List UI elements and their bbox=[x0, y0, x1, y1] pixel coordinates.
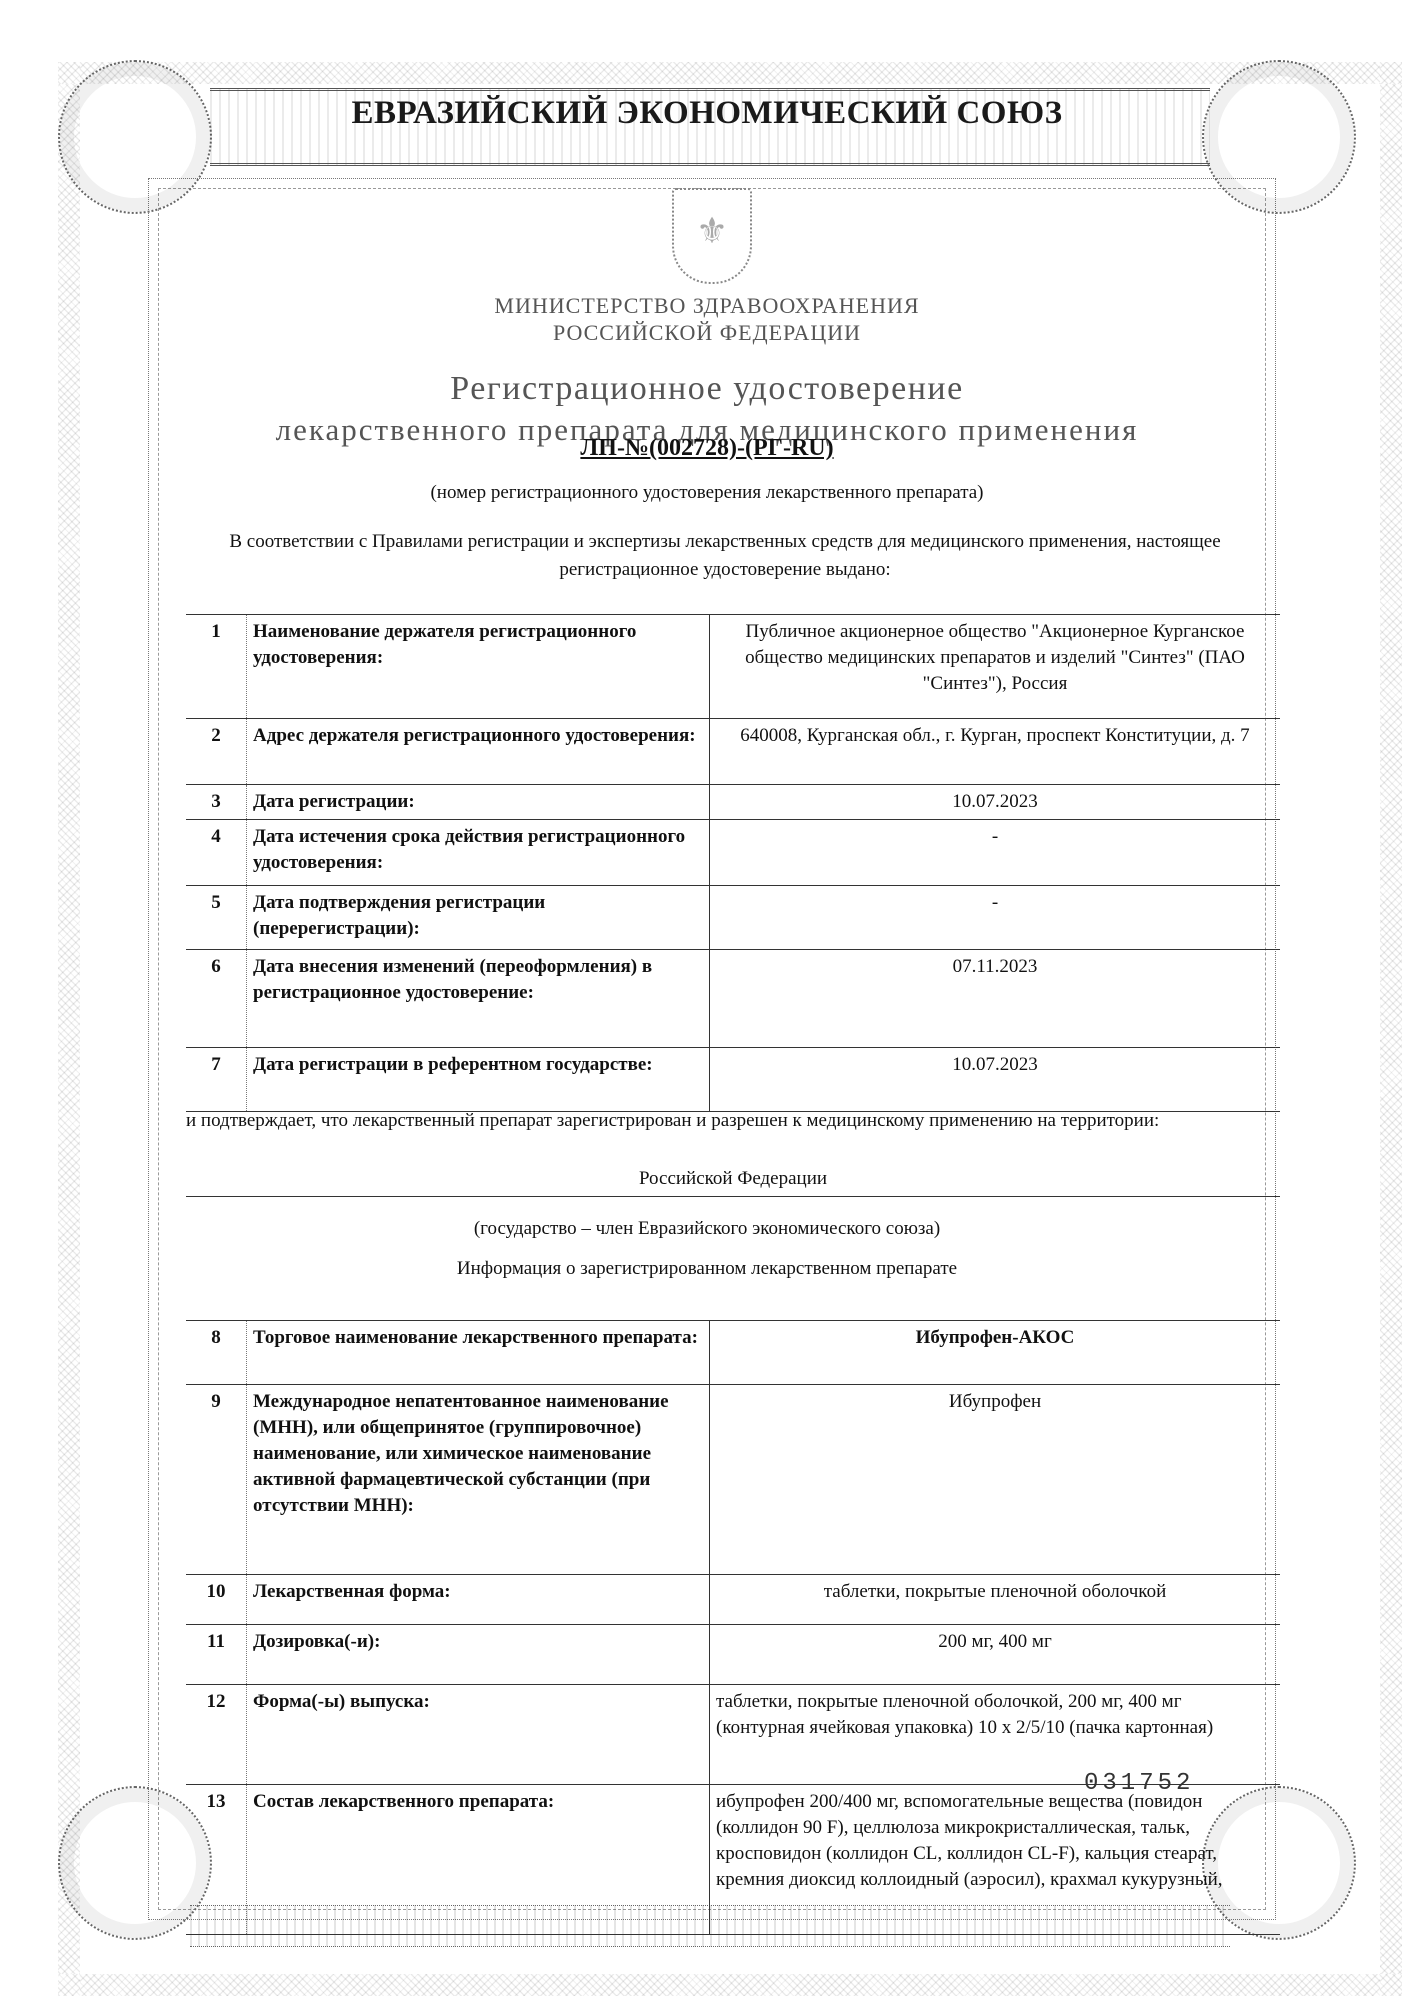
row-value: 10.07.2023 bbox=[710, 1048, 1281, 1112]
product-info-table: 8Торговое наименование лекарственного пр… bbox=[186, 1320, 1280, 1935]
table-row: 9Международное непатентованное наименова… bbox=[186, 1385, 1280, 1575]
row-number: 13 bbox=[186, 1785, 247, 1935]
table-row: 5Дата подтверждения регистрации (перерег… bbox=[186, 886, 1280, 950]
table-row: 7Дата регистрации в референтном государс… bbox=[186, 1048, 1280, 1112]
row-label: Дата подтверждения регистрации (перереги… bbox=[247, 886, 710, 950]
table-row: 8Торговое наименование лекарственного пр… bbox=[186, 1321, 1280, 1385]
row-value: Публичное акционерное общество "Акционер… bbox=[710, 615, 1281, 719]
territory-name: Российской Федерации bbox=[186, 1168, 1280, 1197]
table-row: 13Состав лекарственного препарата:ибупро… bbox=[186, 1785, 1280, 1935]
row-value: ибупрофен 200/400 мг, вспомогательные ве… bbox=[710, 1785, 1281, 1935]
table-row: 3Дата регистрации:10.07.2023 bbox=[186, 785, 1280, 820]
row-value: - bbox=[710, 886, 1281, 950]
confirmation-text: и подтверждает, что лекарственный препар… bbox=[186, 1108, 1280, 1134]
row-number: 3 bbox=[186, 785, 247, 820]
row-label: Дозировка(-и): bbox=[247, 1625, 710, 1685]
row-number: 10 bbox=[186, 1575, 247, 1625]
certificate-number-text: ЛП-№(002728)-(РГ-RU) bbox=[580, 435, 833, 461]
serial-number-stamp: 031752 bbox=[1084, 1770, 1194, 1797]
row-number: 6 bbox=[186, 950, 247, 1048]
row-value: 640008, Курганская обл., г. Курган, прос… bbox=[710, 719, 1281, 785]
row-value: - bbox=[710, 820, 1281, 886]
row-number: 5 bbox=[186, 886, 247, 950]
row-number: 11 bbox=[186, 1625, 247, 1685]
row-value: Ибупрофен bbox=[710, 1385, 1281, 1575]
row-label: Состав лекарственного препарата: bbox=[247, 1785, 710, 1935]
row-label: Дата регистрации: bbox=[247, 785, 710, 820]
certificate-number: ЛП-№(002728)-(РГ-RU) bbox=[0, 435, 1414, 462]
row-label: Дата истечения срока действия регистраци… bbox=[247, 820, 710, 886]
row-label: Лекарственная форма: bbox=[247, 1575, 710, 1625]
row-label: Адрес держателя регистрационного удостов… bbox=[247, 719, 710, 785]
row-number: 9 bbox=[186, 1385, 247, 1575]
row-label: Дата внесения изменений (переоформления)… bbox=[247, 950, 710, 1048]
row-value: таблетки, покрытые пленочной оболочкой, … bbox=[710, 1685, 1281, 1785]
row-label: Дата регистрации в референтном государст… bbox=[247, 1048, 710, 1112]
table-row: 10Лекарственная форма:таблетки, покрытые… bbox=[186, 1575, 1280, 1625]
corner-rosette-icon bbox=[1202, 60, 1356, 214]
ministry-name-line2: РОССИЙСКОЙ ФЕДЕРАЦИИ bbox=[0, 320, 1414, 346]
certificate-number-caption: (номер регистрационного удостоверения ле… bbox=[0, 482, 1414, 504]
row-number: 4 bbox=[186, 820, 247, 886]
row-number: 2 bbox=[186, 719, 247, 785]
territory-caption: (государство – член Евразийского экономи… bbox=[0, 1218, 1414, 1240]
product-info-caption: Информация о зарегистрированном лекарств… bbox=[0, 1258, 1414, 1280]
corner-rosette-icon bbox=[58, 60, 212, 214]
table-row: 1Наименование держателя регистрационного… bbox=[186, 615, 1280, 719]
row-number: 12 bbox=[186, 1685, 247, 1785]
row-value: Ибупрофен-АКОС bbox=[710, 1321, 1281, 1385]
table-row: 2Адрес держателя регистрационного удосто… bbox=[186, 719, 1280, 785]
coat-of-arms-icon: ⚜ bbox=[672, 188, 752, 284]
row-label: Форма(-ы) выпуска: bbox=[247, 1685, 710, 1785]
ministry-name-line1: МИНИСТЕРСТВО ЗДРАВООХРАНЕНИЯ bbox=[0, 293, 1414, 319]
row-value: 07.11.2023 bbox=[710, 950, 1281, 1048]
row-value: таблетки, покрытые пленочной оболочкой bbox=[710, 1575, 1281, 1625]
row-label: Наименование держателя регистрационного … bbox=[247, 615, 710, 719]
certificate-title: Регистрационное удостоверение bbox=[0, 370, 1414, 408]
row-number: 1 bbox=[186, 615, 247, 719]
eagle-icon: ⚜ bbox=[674, 210, 750, 252]
row-value: 10.07.2023 bbox=[710, 785, 1281, 820]
row-number: 7 bbox=[186, 1048, 247, 1112]
table-row: 11Дозировка(-и):200 мг, 400 мг bbox=[186, 1625, 1280, 1685]
holder-info-table: 1Наименование держателя регистрационного… bbox=[186, 614, 1280, 1112]
intro-paragraph: В соответствии с Правилами регистрации и… bbox=[220, 528, 1230, 584]
row-number: 8 bbox=[186, 1321, 247, 1385]
table-row: 4Дата истечения срока действия регистрац… bbox=[186, 820, 1280, 886]
row-label: Торговое наименование лекарственного пре… bbox=[247, 1321, 710, 1385]
table-row: 6Дата внесения изменений (переоформления… bbox=[186, 950, 1280, 1048]
row-value: 200 мг, 400 мг bbox=[710, 1625, 1281, 1685]
union-title: ЕВРАЗИЙСКИЙ ЭКОНОМИЧЕСКИЙ СОЮЗ bbox=[0, 95, 1414, 132]
row-label: Международное непатентованное наименован… bbox=[247, 1385, 710, 1575]
